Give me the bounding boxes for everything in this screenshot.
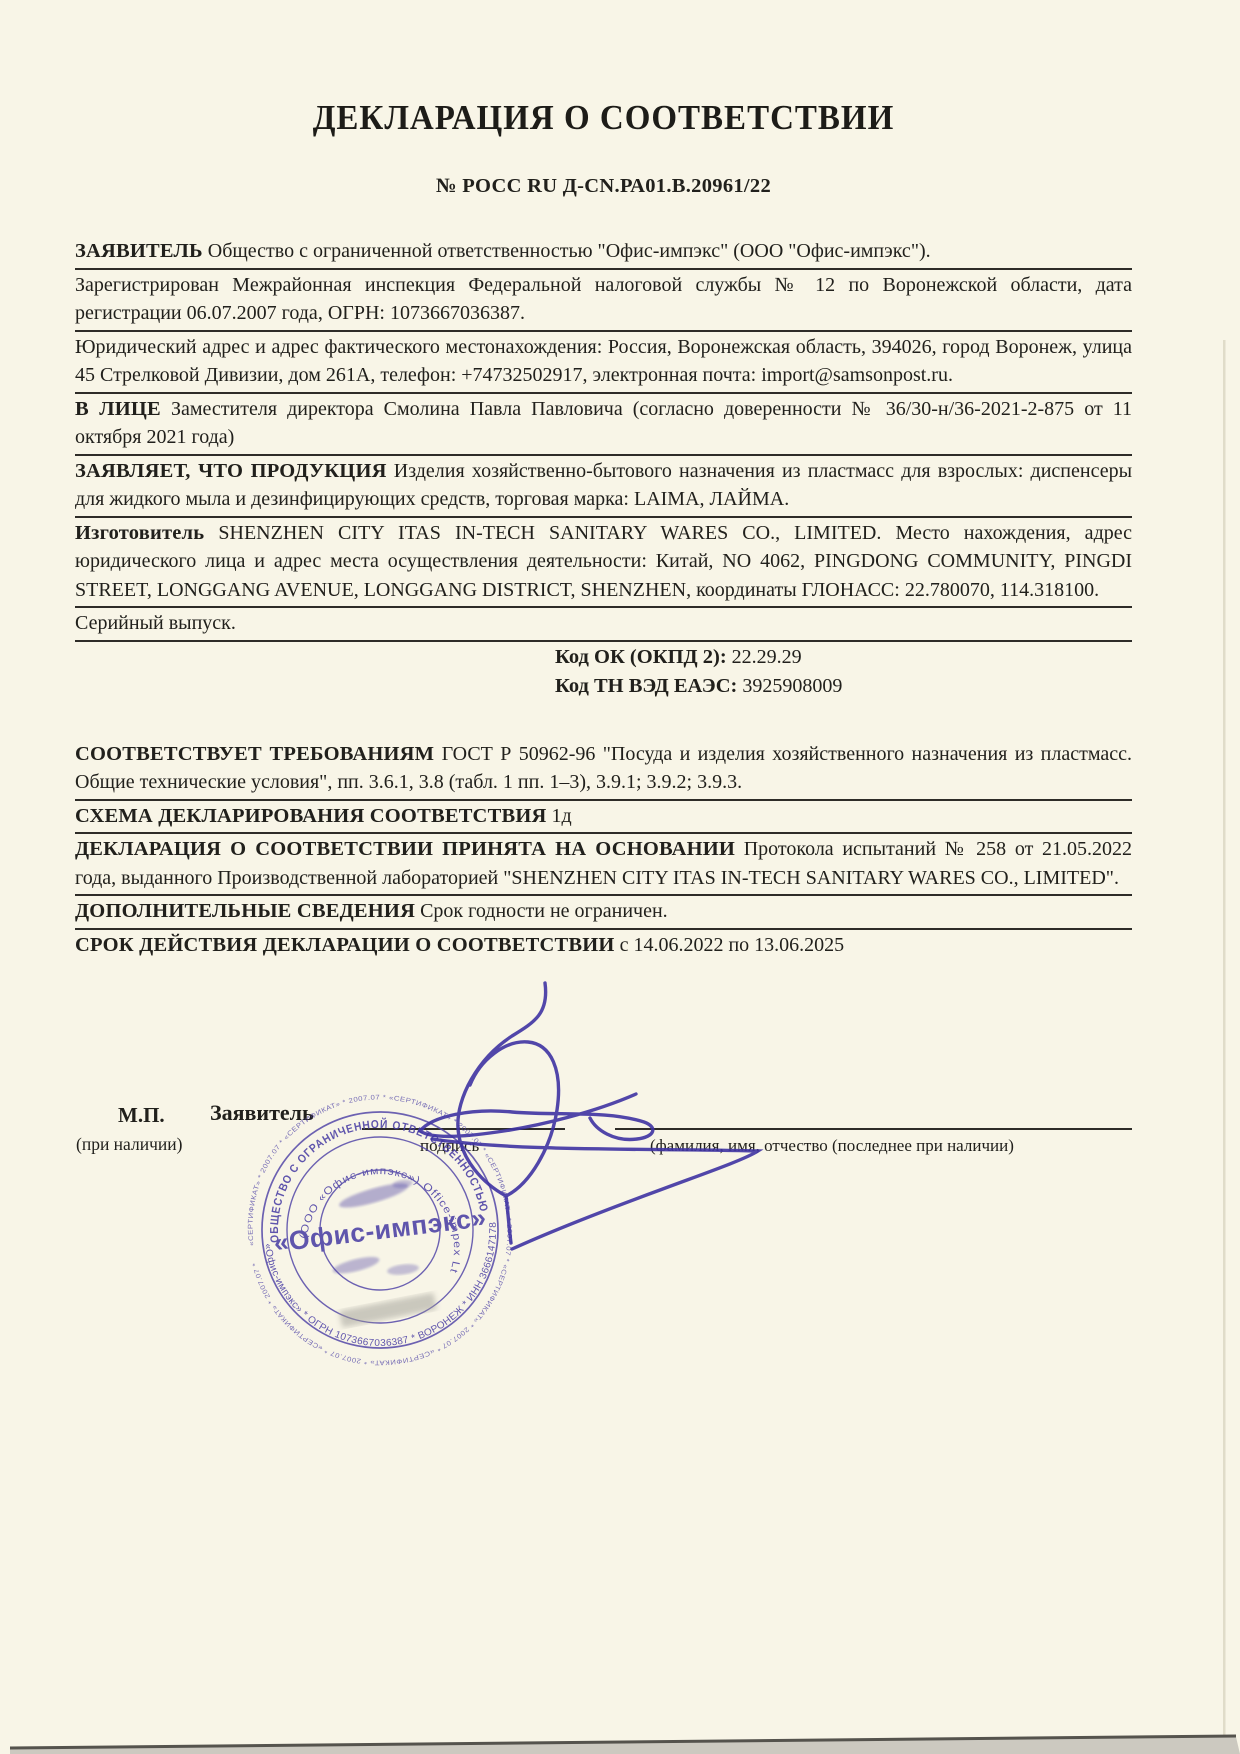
scanned-declaration-page: ДЕКЛАРАЦИЯ О СООТВЕТСТВИИ № РОСС RU Д-CN… [0, 0, 1240, 1754]
section-text: с 14.06.2022 по 13.06.2025 [620, 934, 845, 956]
stamp-place-label: М.П. [118, 1103, 165, 1128]
bottom-scan-area [10, 1737, 1240, 1754]
code-label: Код ТН ВЭД ЕАЭС: [555, 675, 737, 697]
declaration-section: Серийный выпуск. [75, 609, 1132, 642]
document-content: ДЕКЛАРАЦИЯ О СООТВЕТСТВИИ № РОСС RU Д-CN… [0, 0, 1240, 961]
section-label: ДОПОЛНИТЕЛЬНЫЕ СВЕДЕНИЯ [75, 900, 415, 922]
declaration-section: ДОПОЛНИТЕЛЬНЫЕ СВЕДЕНИЯ Срок годности не… [75, 897, 1132, 930]
section-label: СРОК ДЕЙСТВИЯ ДЕКЛАРАЦИИ О СООТВЕТСТВИИ [75, 934, 615, 956]
section-label: ЗАЯВЛЯЕТ, ЧТО ПРОДУКЦИЯ [75, 460, 387, 482]
code-label: Код ОК (ОКПД 2): [555, 646, 727, 668]
section-label: В ЛИЦЕ [75, 398, 161, 420]
document-number: № РОСС RU Д-CN.РА01.В.20961/22 [75, 135, 1132, 198]
document-title: ДЕКЛАРАЦИЯ О СООТВЕТСТВИИ [75, 0, 1132, 138]
declaration-section: В ЛИЦЕ Заместителя директора Смолина Пав… [75, 395, 1132, 456]
company-round-stamp: «СЕРТИФИКАТ» * 2007.07 * «СЕРТИФИКАТ» * … [224, 1074, 536, 1386]
declaration-section: ЗАЯВЛЯЕТ, ЧТО ПРОДУКЦИЯ Изделия хозяйств… [75, 457, 1132, 518]
section-text: Юридический адрес и адрес фактического м… [75, 336, 1132, 387]
section-label: ЗАЯВИТЕЛЬ [75, 240, 203, 262]
section-text: Серийный выпуск. [75, 612, 236, 634]
code-value: 3925908009 [742, 675, 842, 697]
full-name-line [615, 1128, 1132, 1130]
section-text: 1д [551, 805, 571, 827]
bottom-scan-edge [10, 1736, 1236, 1748]
section-label: СХЕМА ДЕКЛАРИРОВАНИЯ СООТВЕТСТВИЯ [75, 805, 546, 827]
code-lines: Код ОК (ОКПД 2): 22.29.29 Код ТН ВЭД ЕАЭ… [75, 643, 1132, 701]
declaration-section: СХЕМА ДЕКЛАРИРОВАНИЯ СООТВЕТСТВИЯ 1д [75, 802, 1132, 835]
declaration-sections: ЗАЯВИТЕЛЬ Общество с ограниченной ответс… [75, 237, 1132, 642]
declaration-section: СООТВЕТСТВУЕТ ТРЕБОВАНИЯМ ГОСТ Р 50962-9… [75, 740, 1132, 801]
declaration-section: СРОК ДЕЙСТВИЯ ДЕКЛАРАЦИИ О СООТВЕТСТВИИ … [75, 931, 1132, 962]
declaration-section: ЗАЯВИТЕЛЬ Общество с ограниченной ответс… [75, 237, 1132, 270]
declaration-section: Зарегистрирован Межрайонная инспекция Фе… [75, 271, 1132, 332]
section-text: Зарегистрирован Межрайонная инспекция Фе… [75, 274, 1132, 325]
stamp-graphic: «СЕРТИФИКАТ» * 2007.07 * «СЕРТИФИКАТ» * … [224, 1074, 536, 1386]
code-line: Код ТН ВЭД ЕАЭС: 3925908009 [75, 672, 1132, 701]
section-text: SHENZHEN CITY ITAS IN-TECH SANITARY WARE… [75, 522, 1132, 601]
section-text: Общество с ограниченной ответственностью… [208, 240, 931, 262]
declaration-sections-lower: СООТВЕТСТВУЕТ ТРЕБОВАНИЯМ ГОСТ Р 50962-9… [75, 740, 1132, 962]
section-text: Заместителя директора Смолина Павла Павл… [75, 398, 1132, 449]
section-label: ДЕКЛАРАЦИЯ О СООТВЕТСТВИИ ПРИНЯТА НА ОСН… [75, 838, 735, 860]
section-label: СООТВЕТСТВУЕТ ТРЕБОВАНИЯМ [75, 743, 434, 765]
code-line: Код ОК (ОКПД 2): 22.29.29 [75, 643, 1132, 672]
section-label: Изготовитель [75, 522, 204, 544]
section-text: Срок годности не ограничен. [420, 900, 668, 922]
full-name-caption: (фамилия, имя, отчество (последнее при н… [650, 1136, 1014, 1156]
code-value: 22.29.29 [732, 646, 802, 668]
declaration-section: Изготовитель SHENZHEN CITY ITAS IN-TECH … [75, 519, 1132, 609]
declaration-section: Юридический адрес и адрес фактического м… [75, 333, 1132, 394]
stamp-place-note: (при наличии) [76, 1134, 182, 1155]
declaration-section: ДЕКЛАРАЦИЯ О СООТВЕТСТВИИ ПРИНЯТА НА ОСН… [75, 835, 1132, 896]
